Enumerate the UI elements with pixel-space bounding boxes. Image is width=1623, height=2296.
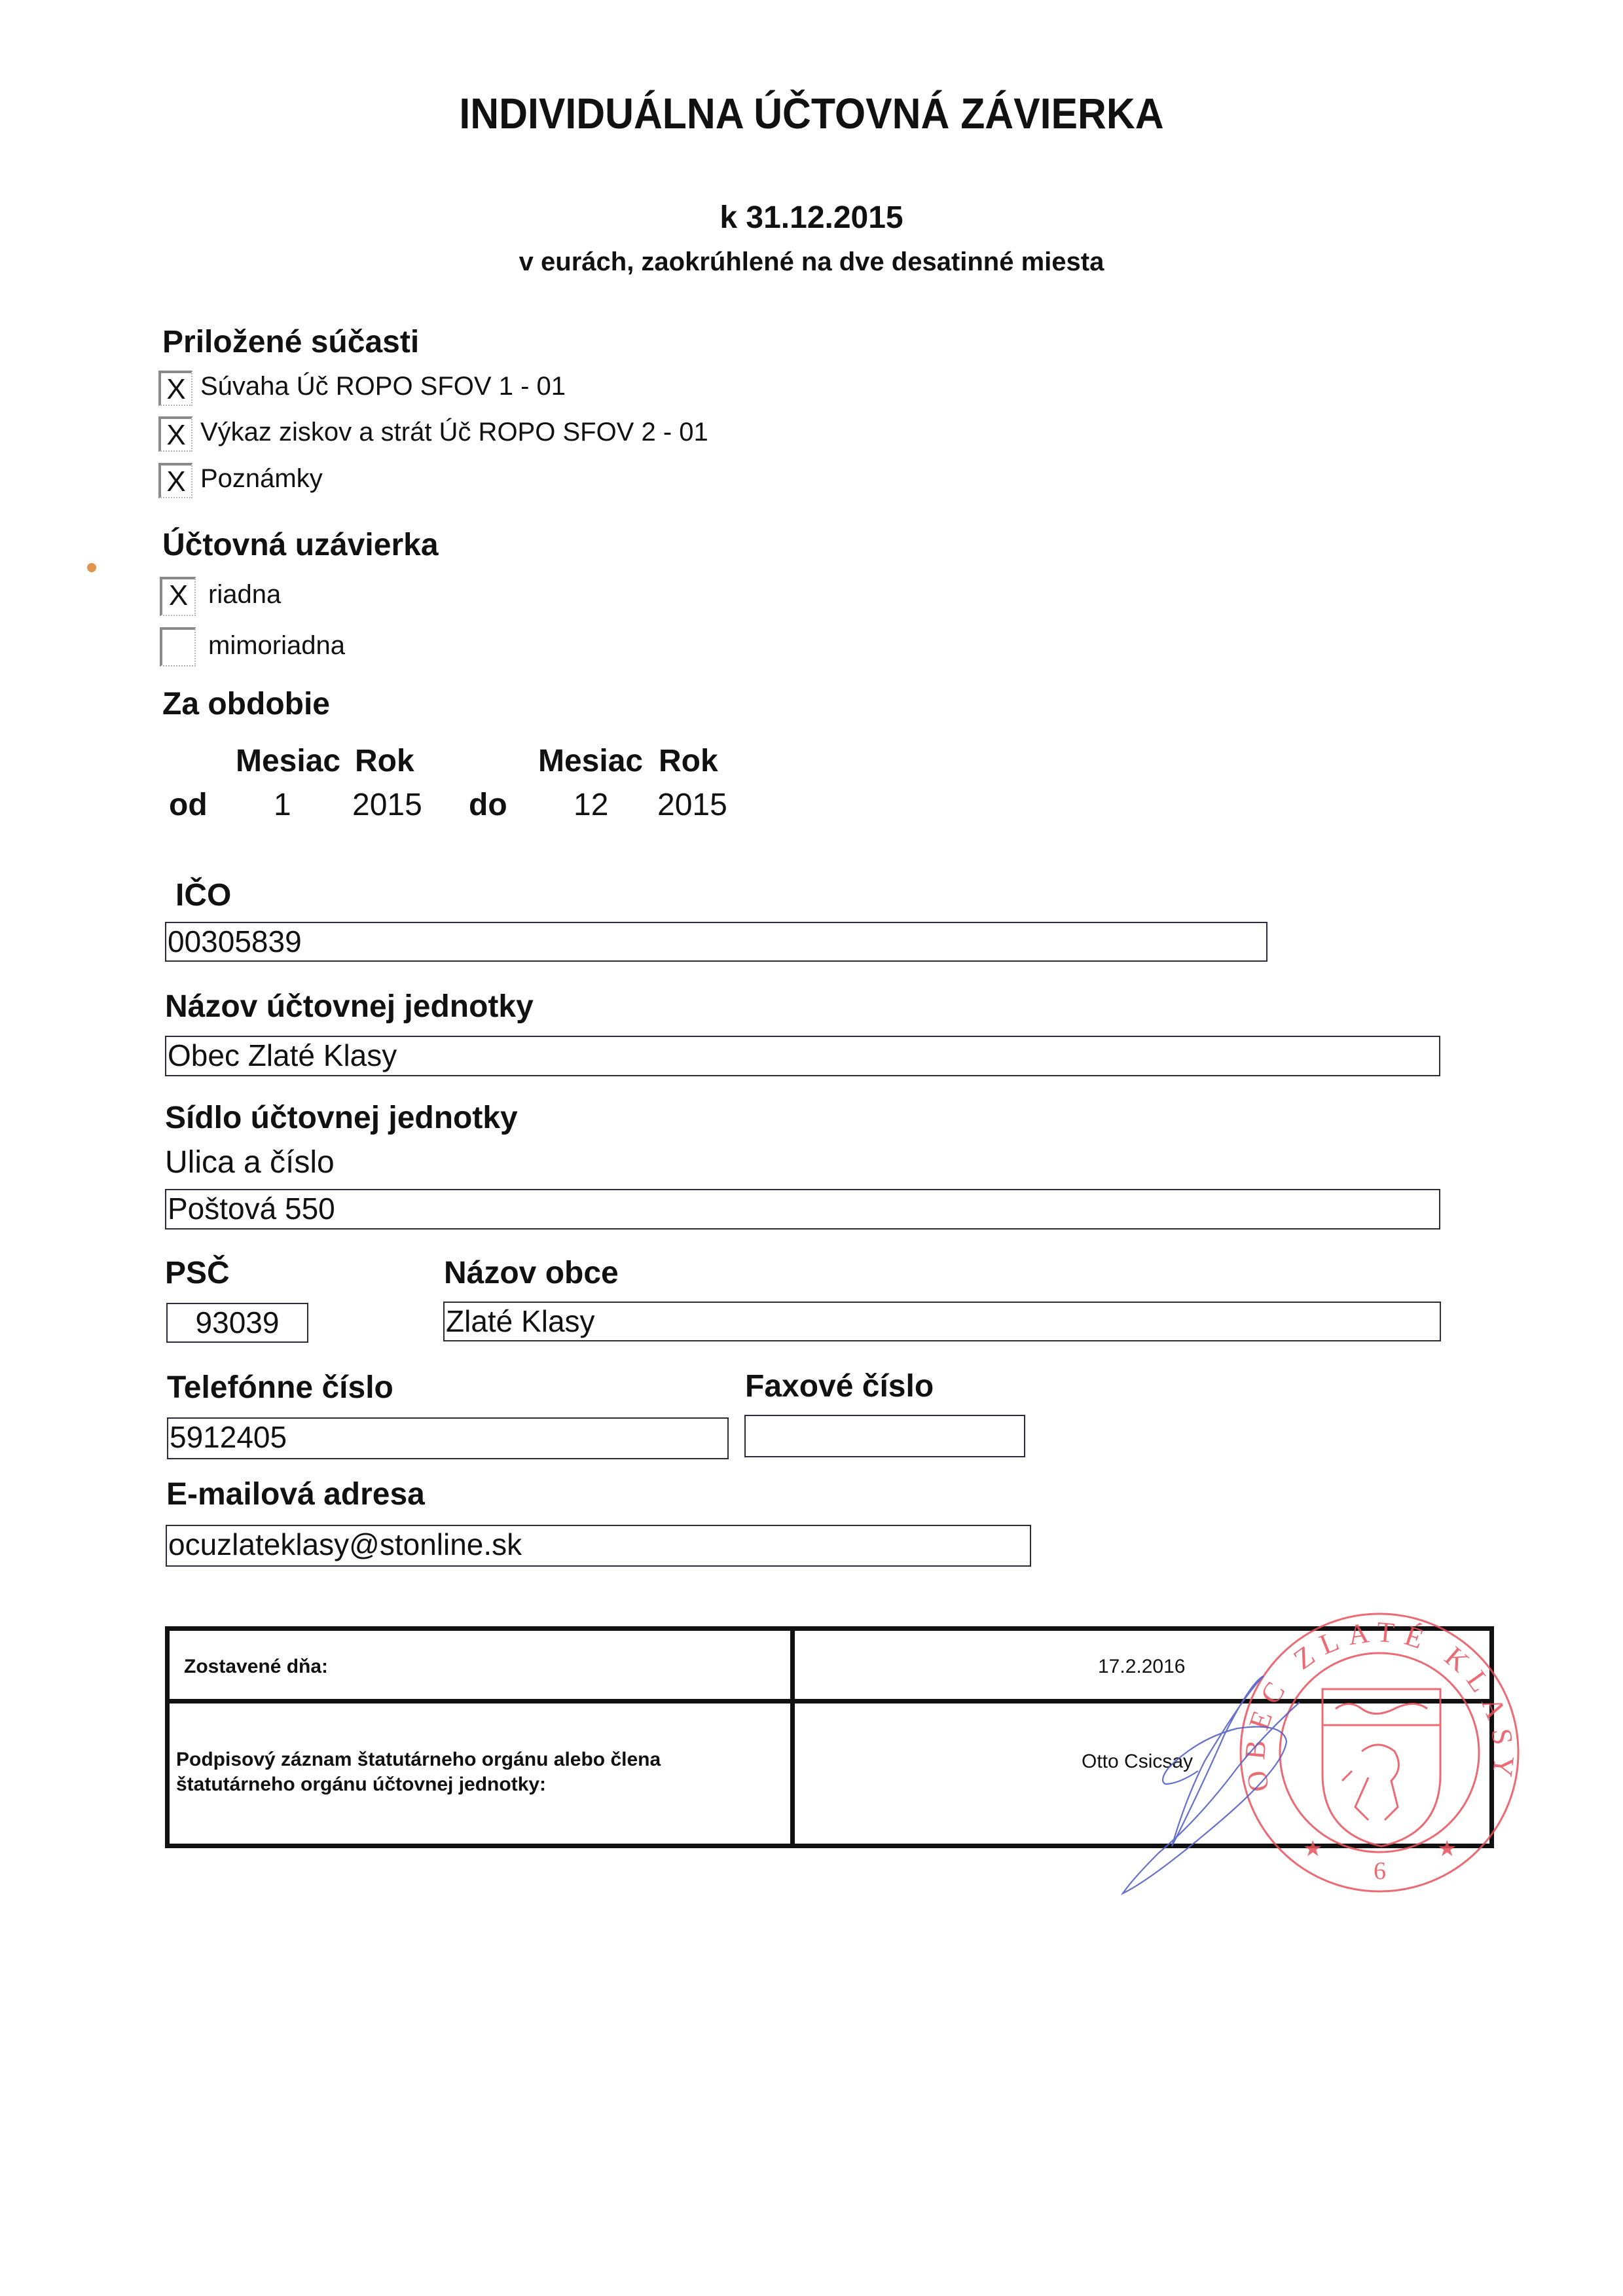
from-label: od xyxy=(169,787,208,823)
compiled-date-value[interactable]: 17.2.2016 xyxy=(1098,1656,1185,1678)
from-month-value: 1 xyxy=(274,787,291,823)
signature-table-row-divider xyxy=(170,1699,1489,1704)
email-field[interactable]: ocuzlateklasy@stonline.sk xyxy=(166,1525,1031,1567)
street-field[interactable]: Poštová 550 xyxy=(165,1189,1440,1230)
from-year-header: Rok xyxy=(355,743,414,779)
compiled-date-label: Zostavené dňa: xyxy=(184,1654,328,1679)
attachment-label-balance-sheet: Súvaha Úč ROPO SFOV 1 - 01 xyxy=(200,372,566,401)
checkbox-attachment-income-statement[interactable]: X xyxy=(158,416,192,452)
signature-table-column-divider xyxy=(790,1631,795,1844)
scan-speck xyxy=(87,563,96,572)
town-field[interactable]: Zlaté Klasy xyxy=(443,1302,1441,1341)
to-month-value: 12 xyxy=(574,787,608,823)
street-label: Ulica a číslo xyxy=(165,1144,335,1180)
closing-label-extraordinary: mimoriadna xyxy=(208,631,345,661)
fax-field[interactable] xyxy=(744,1415,1025,1457)
checkbox-closing-regular[interactable]: X xyxy=(160,577,196,616)
ico-field[interactable]: 00305839 xyxy=(165,922,1267,962)
attachment-label-income-statement: Výkaz ziskov a strát Úč ROPO SFOV 2 - 01 xyxy=(200,418,708,447)
signature-label-line1: Podpisový záznam štatutárneho orgánu ale… xyxy=(176,1747,661,1772)
entity-name-field[interactable]: Obec Zlaté Klasy xyxy=(165,1036,1440,1076)
signatory-name[interactable]: Otto Csicsay xyxy=(1082,1751,1193,1773)
entity-seat-label: Sídlo účtovnej jednotky xyxy=(165,1100,518,1136)
stamp-number: 6 xyxy=(1374,1857,1386,1885)
attachments-heading: Priložené súčasti xyxy=(162,324,419,360)
attachment-label-notes: Poznámky xyxy=(200,464,323,494)
email-label: E-mailová adresa xyxy=(166,1476,425,1512)
signature-label-line2: štatutárneho orgánu účtovnej jednotky: xyxy=(176,1772,546,1797)
period-heading: Za obdobie xyxy=(162,686,330,722)
entity-name-label: Názov účtovnej jednotky xyxy=(165,989,534,1025)
fax-label: Faxové číslo xyxy=(745,1368,934,1404)
checkbox-attachment-notes[interactable]: X xyxy=(158,463,192,498)
town-label: Názov obce xyxy=(444,1255,619,1291)
to-year-value: 2015 xyxy=(657,787,727,823)
psc-label: PSČ xyxy=(165,1255,230,1291)
phone-label: Telefónne číslo xyxy=(167,1370,393,1406)
to-label: do xyxy=(469,787,507,823)
checkbox-closing-extraordinary[interactable] xyxy=(160,627,196,666)
phone-field[interactable]: 5912405 xyxy=(167,1417,729,1459)
as-of-date: k 31.12.2015 xyxy=(0,200,1623,236)
to-year-header: Rok xyxy=(659,743,718,779)
closing-type-heading: Účtovná uzávierka xyxy=(162,527,439,563)
signature-table: Zostavené dňa: 17.2.2016 Podpisový zázna… xyxy=(165,1626,1494,1848)
psc-field[interactable]: 93039 xyxy=(166,1303,308,1343)
from-month-header: Mesiac xyxy=(236,743,340,779)
checkbox-attachment-balance-sheet[interactable]: X xyxy=(158,371,192,406)
closing-label-regular: riadna xyxy=(208,580,281,610)
ico-label: IČO xyxy=(175,877,231,913)
units-note: v eurách, zaokrúhlené na dve desatinné m… xyxy=(0,247,1623,277)
from-year-value: 2015 xyxy=(352,787,422,823)
document-title: INDIVIDUÁLNA ÚČTOVNÁ ZÁVIERKA xyxy=(65,88,1558,138)
to-month-header: Mesiac xyxy=(538,743,643,779)
